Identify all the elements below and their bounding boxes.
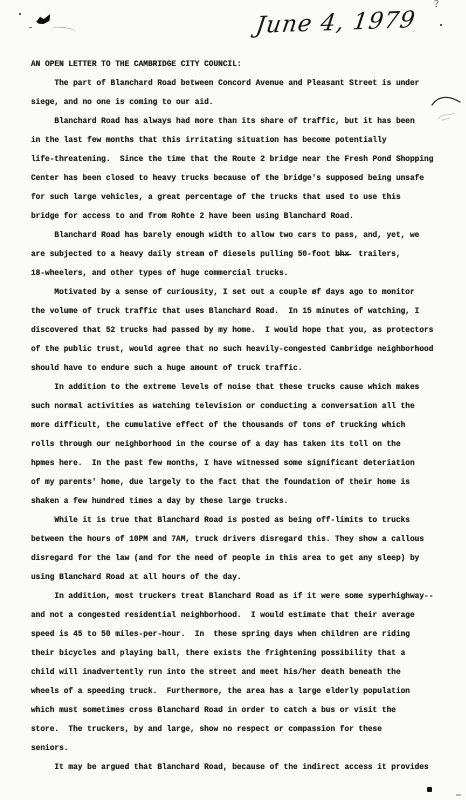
text-line: which must sometimes cross Blanchard Roa… xyxy=(31,702,451,721)
text-line: shaken a few hundred times a day by thes… xyxy=(31,493,451,512)
ink-speck xyxy=(19,13,21,15)
handwritten-date: June 4, 1979 xyxy=(254,7,417,39)
text-line: the volume of truck traffic that uses Bl… xyxy=(31,303,451,322)
text-line: their bicycles and playing ball, there e… xyxy=(31,645,451,664)
paragraph: Motivated by a sense of curiousity, I se… xyxy=(31,284,451,379)
text-line: speed is 45 to 50 miles-per-hour. In the… xyxy=(31,626,451,645)
paragraph: While it is true that Blanchard Road is … xyxy=(31,512,451,588)
text-line: between the hours of 10PM and 7AM, truck… xyxy=(31,531,451,550)
text-line: more difficult, the cumulative effect of… xyxy=(31,417,451,436)
text-line: disregard for the law (and for the need … xyxy=(31,550,451,569)
text-line: using Blanchard Road at all hours of the… xyxy=(31,569,451,588)
text-line: Motivated by a sense of curiousity, I se… xyxy=(31,284,451,303)
text-line: 18-wheelers, and other types of huge com… xyxy=(31,265,451,284)
text-line: seniors. xyxy=(31,740,451,759)
ink-speck xyxy=(440,24,442,26)
ink-speck xyxy=(456,794,461,796)
paragraph: Blanchard Road has barely enough width t… xyxy=(31,227,451,284)
letter-body: AN OPEN LETTER TO THE CAMBRIDGE CITY COU… xyxy=(31,56,451,778)
text-line: for such large vehicles, a great percent… xyxy=(31,189,451,208)
text-line: of the public trust, would agree that no… xyxy=(31,341,451,360)
paragraph: In addition to the extreme levels of noi… xyxy=(31,379,451,512)
paragraph: It may be argued that Blanchard Road, be… xyxy=(31,759,451,778)
text-line: Center has been closed to heavy trucks b… xyxy=(31,170,451,189)
text-line: should have to endure such a huge amount… xyxy=(31,360,451,379)
text-line: Blanchard Road has barely enough width t… xyxy=(31,227,451,246)
margin-question-mark: ? xyxy=(434,0,439,10)
text-line: discovered that 52 trucks had passed by … xyxy=(31,322,451,341)
ink-speck xyxy=(29,27,32,28)
text-line: It may be argued that Blanchard Road, be… xyxy=(31,759,451,778)
ink-blot xyxy=(427,787,432,792)
paragraph: Blanchard Road has always had more than … xyxy=(31,113,451,227)
text-line: The part of Blanchard Road between Conco… xyxy=(31,75,451,94)
text-line: in the last few months that this irritat… xyxy=(31,132,451,151)
text-line: and not a congested residential neighbor… xyxy=(31,607,451,626)
text-line: bridge for access to and from Roħte 2 ha… xyxy=(31,208,451,227)
text-line: child will inadvertently run into the st… xyxy=(31,664,451,683)
scanned-letter-page: ? June 4, 1979 AN OPEN LETTER TO THE CAM… xyxy=(0,0,466,800)
text-line: such normal activities as watching telev… xyxy=(31,398,451,417)
text-line: siege, and no one is coming to our aid. xyxy=(31,94,451,113)
text-line: While it is true that Blanchard Road is … xyxy=(31,512,451,531)
text-line: hpmes here. In the past few months, I ha… xyxy=(31,455,451,474)
text-line: In addition, most truckers treat Blancha… xyxy=(31,588,451,607)
paragraph: In addition, most truckers treat Blancha… xyxy=(31,588,451,759)
ink-blob-mark xyxy=(35,14,51,25)
pencil-stroke-mark xyxy=(52,26,77,37)
text-line: wheels of a speeding truck. Furthermore,… xyxy=(31,683,451,702)
text-line: are subjected to a heavy daily stream of… xyxy=(31,246,451,265)
text-line: In addition to the extreme levels of noi… xyxy=(31,379,451,398)
text-line: rolls through our neighborhood in the co… xyxy=(31,436,451,455)
text-line: of my parents' home, due largely to the … xyxy=(31,474,451,493)
text-line: life-threatening. Since the time that th… xyxy=(31,151,451,170)
text-line: Blanchard Road has always had more than … xyxy=(31,113,451,132)
paragraph: The part of Blanchard Road between Conco… xyxy=(31,75,451,113)
letter-title: AN OPEN LETTER TO THE CAMBRIDGE CITY COU… xyxy=(31,56,451,75)
text-line: store. The truckers, by and large, show … xyxy=(31,721,451,740)
